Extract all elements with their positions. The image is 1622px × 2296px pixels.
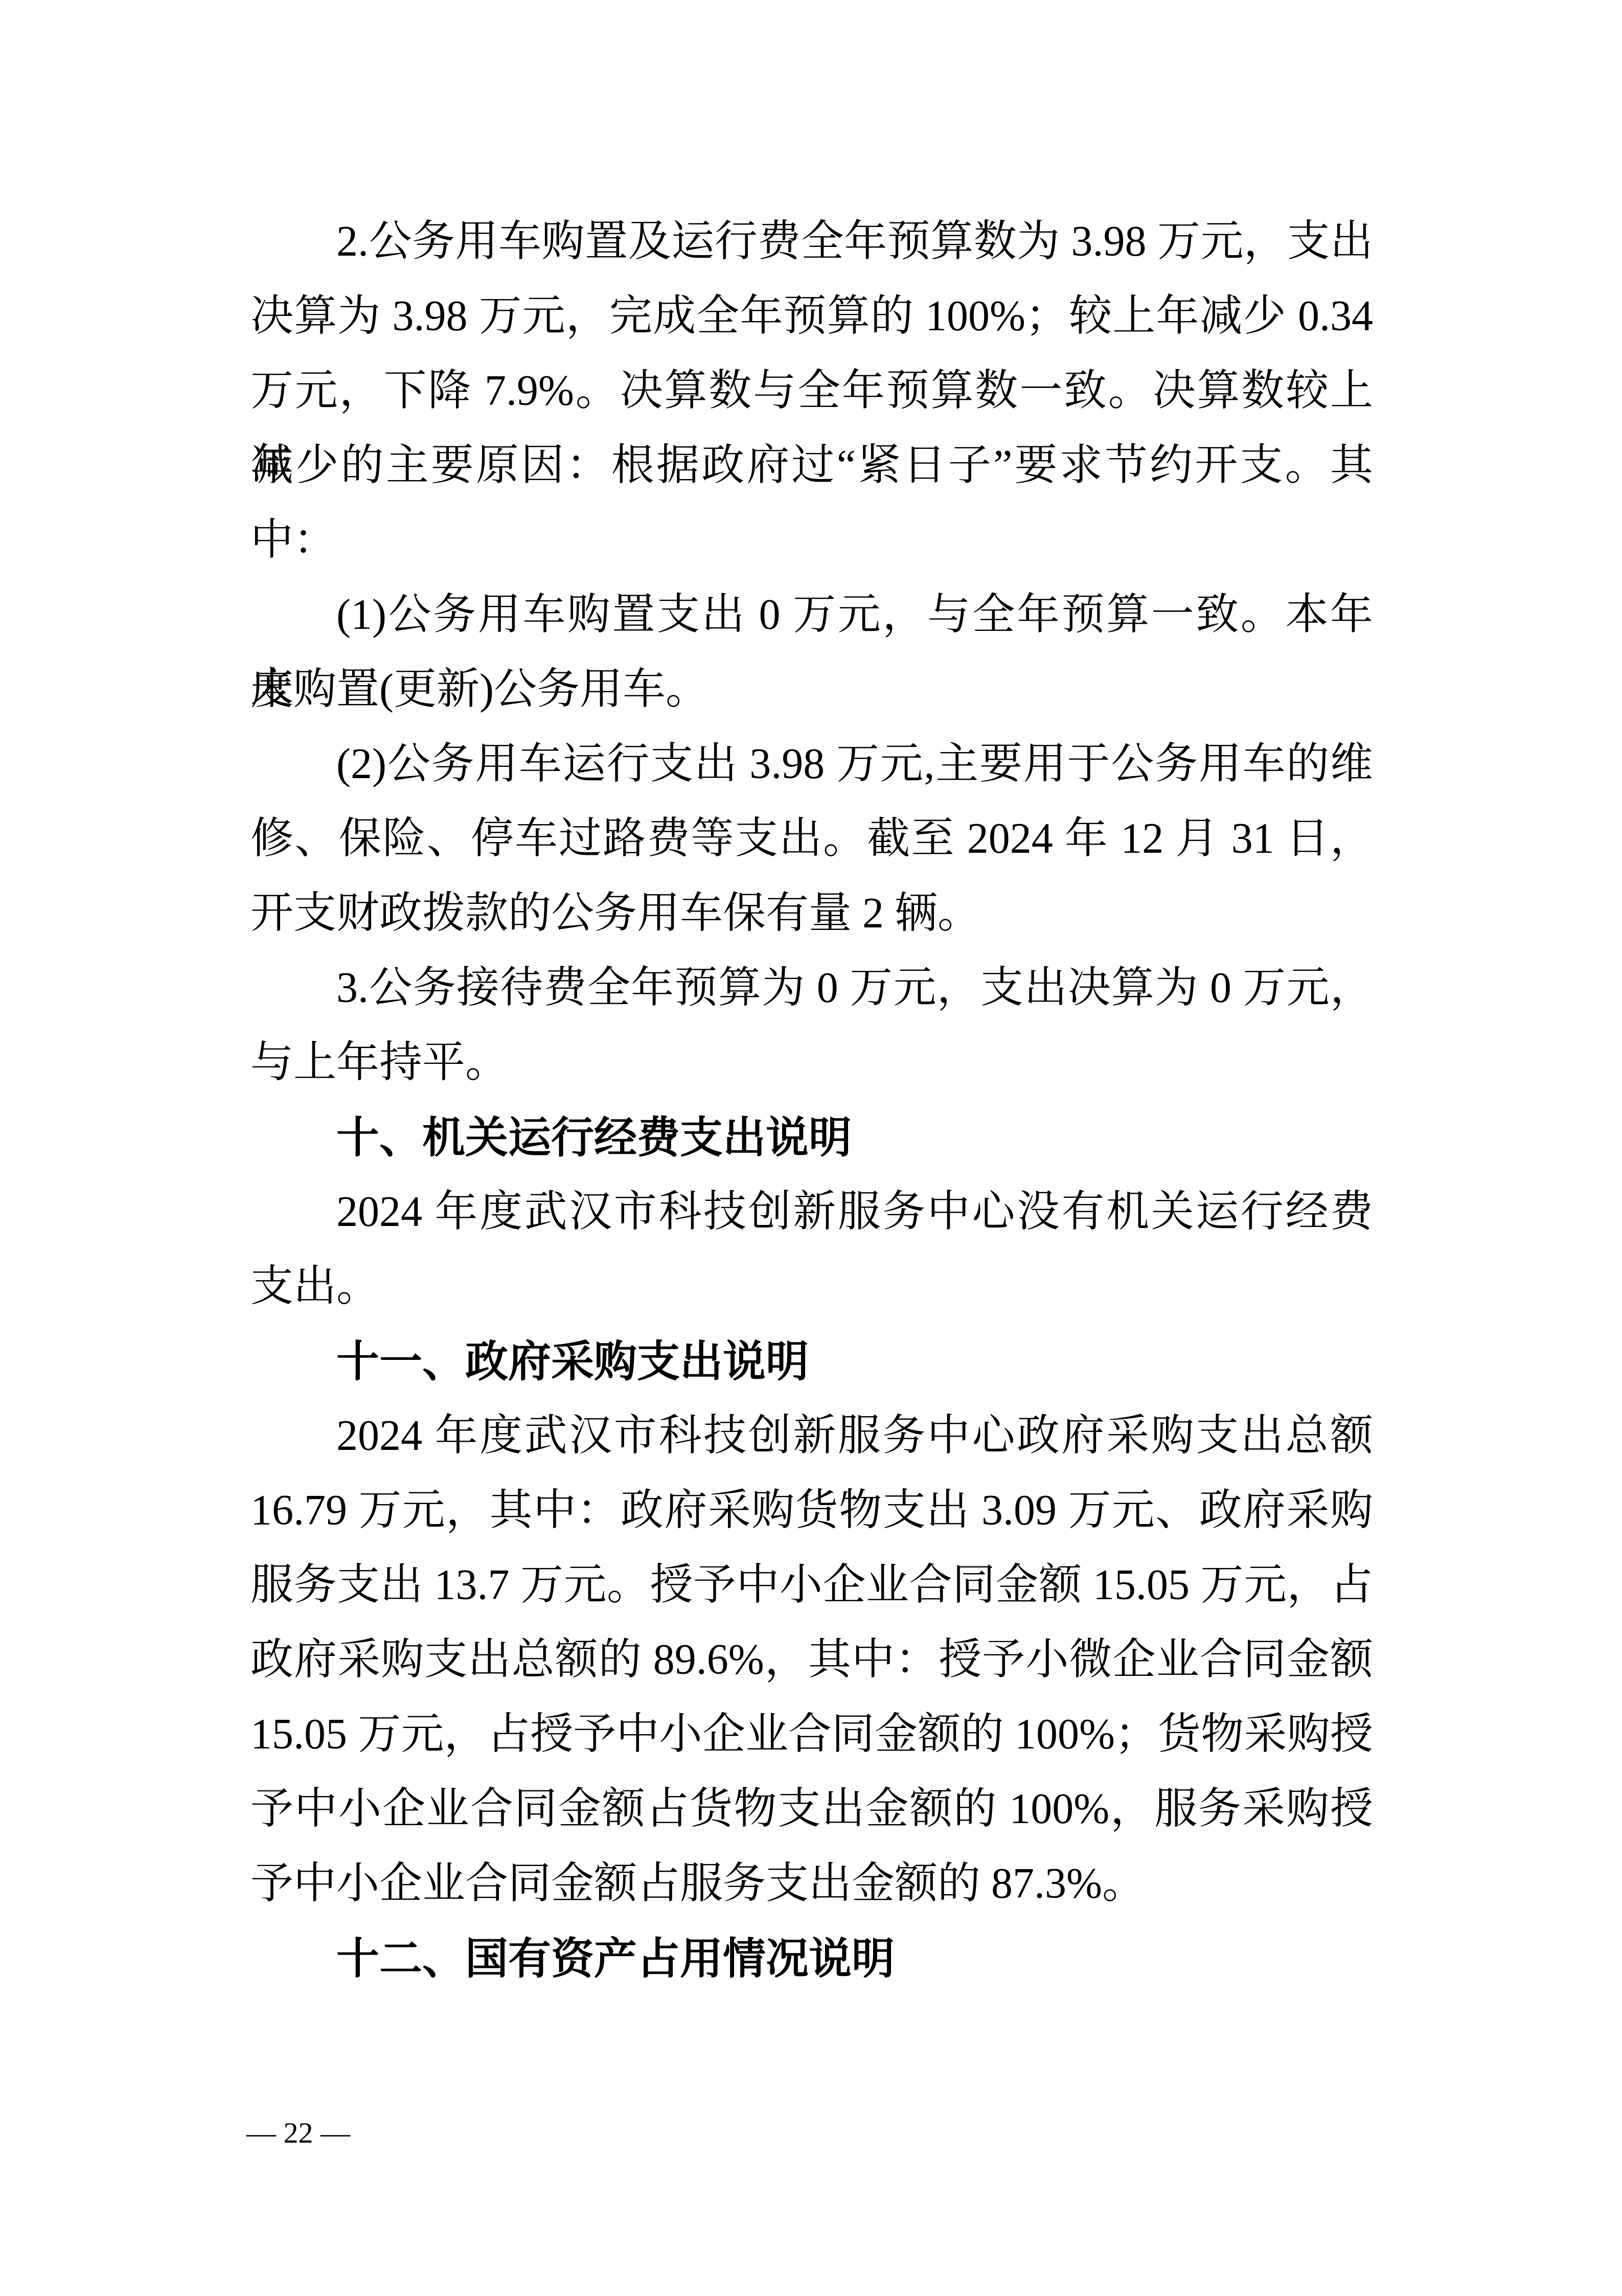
paragraph-line: 万元，下降 7.9%。决算数与全年预算数一致。决算数较上年 <box>250 354 1373 428</box>
paragraph-line: 2024 年度武汉市科技创新服务中心没有机关运行经费 <box>250 1175 1373 1249</box>
paragraph-line: (2)公务用车运行支出 3.98 万元,主要用于公务用车的维 <box>250 727 1373 802</box>
document-page: 2.公务用车购置及运行费全年预算数为 3.98 万元，支出 决算为 3.98 万… <box>0 0 1622 2296</box>
paragraph-line: 减少的主要原因：根据政府过“紧日子”要求节约开支。其 <box>250 428 1373 503</box>
paragraph-line: 决算为 3.98 万元，完成全年预算的 100%；较上年减少 0.34 <box>250 279 1373 354</box>
paragraph-line: 与上年持平。 <box>250 1026 1373 1100</box>
paragraph-line: 开支财政拨款的公务用车保有量 2 辆。 <box>250 876 1373 951</box>
paragraph-line: 予中小企业合同金额占货物支出金额的 100%，服务采购授 <box>250 1772 1373 1847</box>
section-heading-10: 十、机关运行经费支出说明 <box>250 1100 1373 1175</box>
section-heading-12: 十二、国有资产占用情况说明 <box>250 1921 1373 1996</box>
paragraph-line: 服务支出 13.7 万元。授予中小企业合同金额 15.05 万元，占 <box>250 1548 1373 1623</box>
paragraph-line: 未购置(更新)公务用车。 <box>250 652 1373 727</box>
paragraph-line: 2.公务用车购置及运行费全年预算数为 3.98 万元，支出 <box>250 204 1373 279</box>
page-number: — 22 — <box>246 2117 350 2149</box>
paragraph-line: 支出。 <box>250 1249 1373 1324</box>
document-body: 2.公务用车购置及运行费全年预算数为 3.98 万元，支出 决算为 3.98 万… <box>250 204 1373 1996</box>
paragraph-line: 修、保险、停车过路费等支出。截至 2024 年 12 月 31 日， <box>250 802 1373 876</box>
section-heading-11: 十一、政府采购支出说明 <box>250 1324 1373 1399</box>
paragraph-line: (1)公务用车购置支出 0 万元，与全年预算一致。本年度 <box>250 578 1373 652</box>
paragraph-line: 16.79 万元，其中：政府采购货物支出 3.09 万元、政府采购 <box>250 1473 1373 1548</box>
paragraph-line: 2024 年度武汉市科技创新服务中心政府采购支出总额 <box>250 1399 1373 1473</box>
paragraph-line: 中： <box>250 503 1373 578</box>
paragraph-line: 政府采购支出总额的 89.6%，其中：授予小微企业合同金额 <box>250 1623 1373 1697</box>
paragraph-line: 15.05 万元，占授予中小企业合同金额的 100%；货物采购授 <box>250 1697 1373 1772</box>
paragraph-line: 3.公务接待费全年预算为 0 万元，支出决算为 0 万元， <box>250 951 1373 1026</box>
paragraph-line: 予中小企业合同金额占服务支出金额的 87.3%。 <box>250 1847 1373 1921</box>
